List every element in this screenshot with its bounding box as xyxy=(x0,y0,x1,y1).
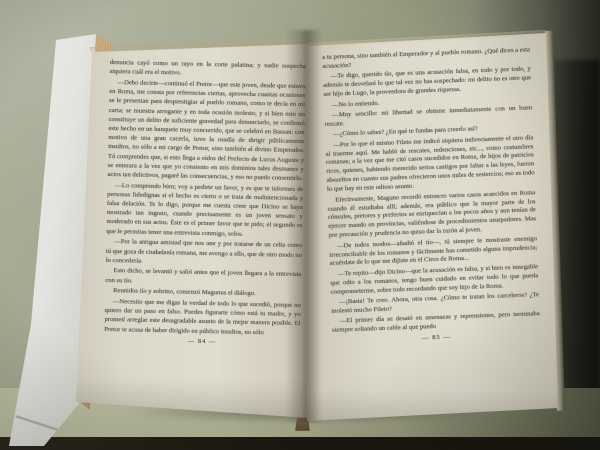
paragraph: —Por la antigua amistad que nos une y po… xyxy=(106,237,303,269)
paragraph: —Necesito que me digas la verdad de todo… xyxy=(104,297,301,338)
paragraph: —Lo comprendo bien; voy a pedirte un fav… xyxy=(106,181,303,240)
paragraph: —Por lo que el mismo Fileto me indicó si… xyxy=(325,134,535,195)
gutter-shadow xyxy=(286,30,322,422)
table-edge xyxy=(0,437,600,450)
left-page-text: denuncia cayó como un rayo en la corte p… xyxy=(104,58,306,349)
right-page-text: a tu persona, sino también al Emperador … xyxy=(322,46,541,346)
paragraph: —Debo decirte—continuó el Pretor—que est… xyxy=(107,78,305,183)
paragraph: Efectivamente, Maguno recordó entonces v… xyxy=(327,189,536,241)
left-page: denuncia cayó como un rayo en la corte p… xyxy=(70,28,315,426)
book-photo: denuncia cayó como un rayo en la corte p… xyxy=(0,0,600,450)
paragraph: Esto dicho, se levantó y salió antes que… xyxy=(105,266,301,289)
right-page: a tu persona, sino también al Emperador … xyxy=(290,22,575,432)
paragraph: denuncia cayó como un rayo en la corte p… xyxy=(110,58,306,81)
